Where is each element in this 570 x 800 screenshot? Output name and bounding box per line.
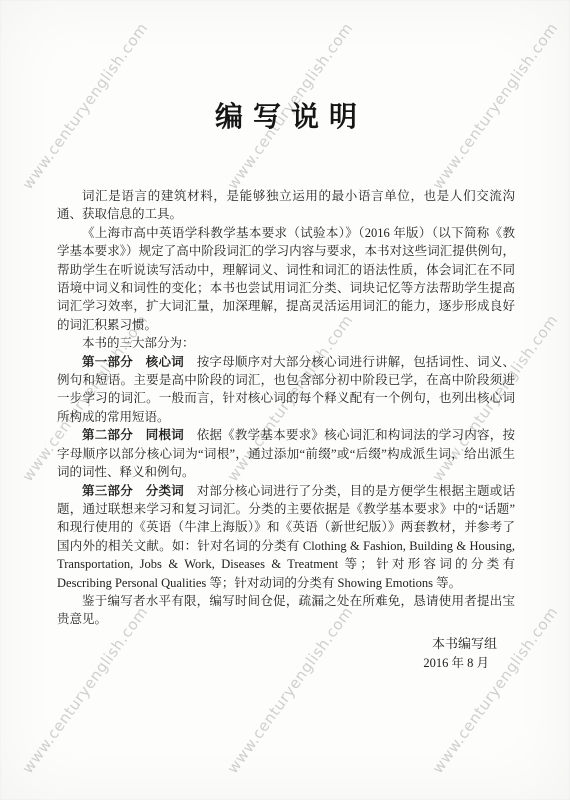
paragraph: 鉴于编写者水平有限，编写时间仓促，疏漏之处在所难免，恳请使用者提出宝贵意见。 [57,592,515,629]
paragraph: 词汇是语言的建筑材料，是能够独立运用的最小语言单位，也是人们交流沟通、获取信息的… [57,187,515,224]
paragraph-text: 《上海市高中英语学科教学基本要求（试验本）》（2016 年版）（以下简称《教学基… [57,226,515,332]
section-heading: 第二部分 同根词 [82,428,197,442]
document-page: www.centuryenglish.com www.centuryenglis… [0,0,570,800]
paragraph: 第三部分 分类词 对部分核心词进行了分类，目的是方便学生根据主题或话题，通过联想… [57,482,515,592]
page-content: 编写说明 词汇是语言的建筑材料，是能够独立运用的最小语言单位，也是人们交流沟通、… [57,0,515,673]
paragraph: 第二部分 同根词 依据《教学基本要求》核心词汇和构词法的学习内容，按字母顺序以部… [57,426,515,481]
signature-date: 2016 年 8 月 [57,654,515,673]
page-title: 编写说明 [57,98,515,137]
body-paragraphs: 词汇是语言的建筑材料，是能够独立运用的最小语言单位，也是人们交流沟通、获取信息的… [57,187,515,629]
paragraph-text: 本书的三大部分为： [82,336,195,350]
section-heading: 第一部分 核心词 [82,355,197,369]
section-heading: 第三部分 分类词 [82,484,197,498]
paragraph-text: 鉴于编写者水平有限，编写时间仓促，疏漏之处在所难免，恳请使用者提出宝贵意见。 [57,594,515,626]
signature-author: 本书编写组 [57,634,515,654]
paragraph: 本书的三大部分为： [57,334,515,352]
paragraph-text: 对部分核心词进行了分类，目的是方便学生根据主题或话题，通过联想来学习和复习词汇。… [57,484,515,590]
signature-block: 本书编写组 2016 年 8 月 [57,634,515,673]
paragraph: 《上海市高中英语学科教学基本要求（试验本）》（2016 年版）（以下简称《教学基… [57,224,515,334]
paragraph: 第一部分 核心词 按字母顺序对大部分核心词进行讲解，包括词性、词义、例句和短语。… [57,353,515,427]
paragraph-text: 词汇是语言的建筑材料，是能够独立运用的最小语言单位，也是人们交流沟通、获取信息的… [57,189,515,221]
